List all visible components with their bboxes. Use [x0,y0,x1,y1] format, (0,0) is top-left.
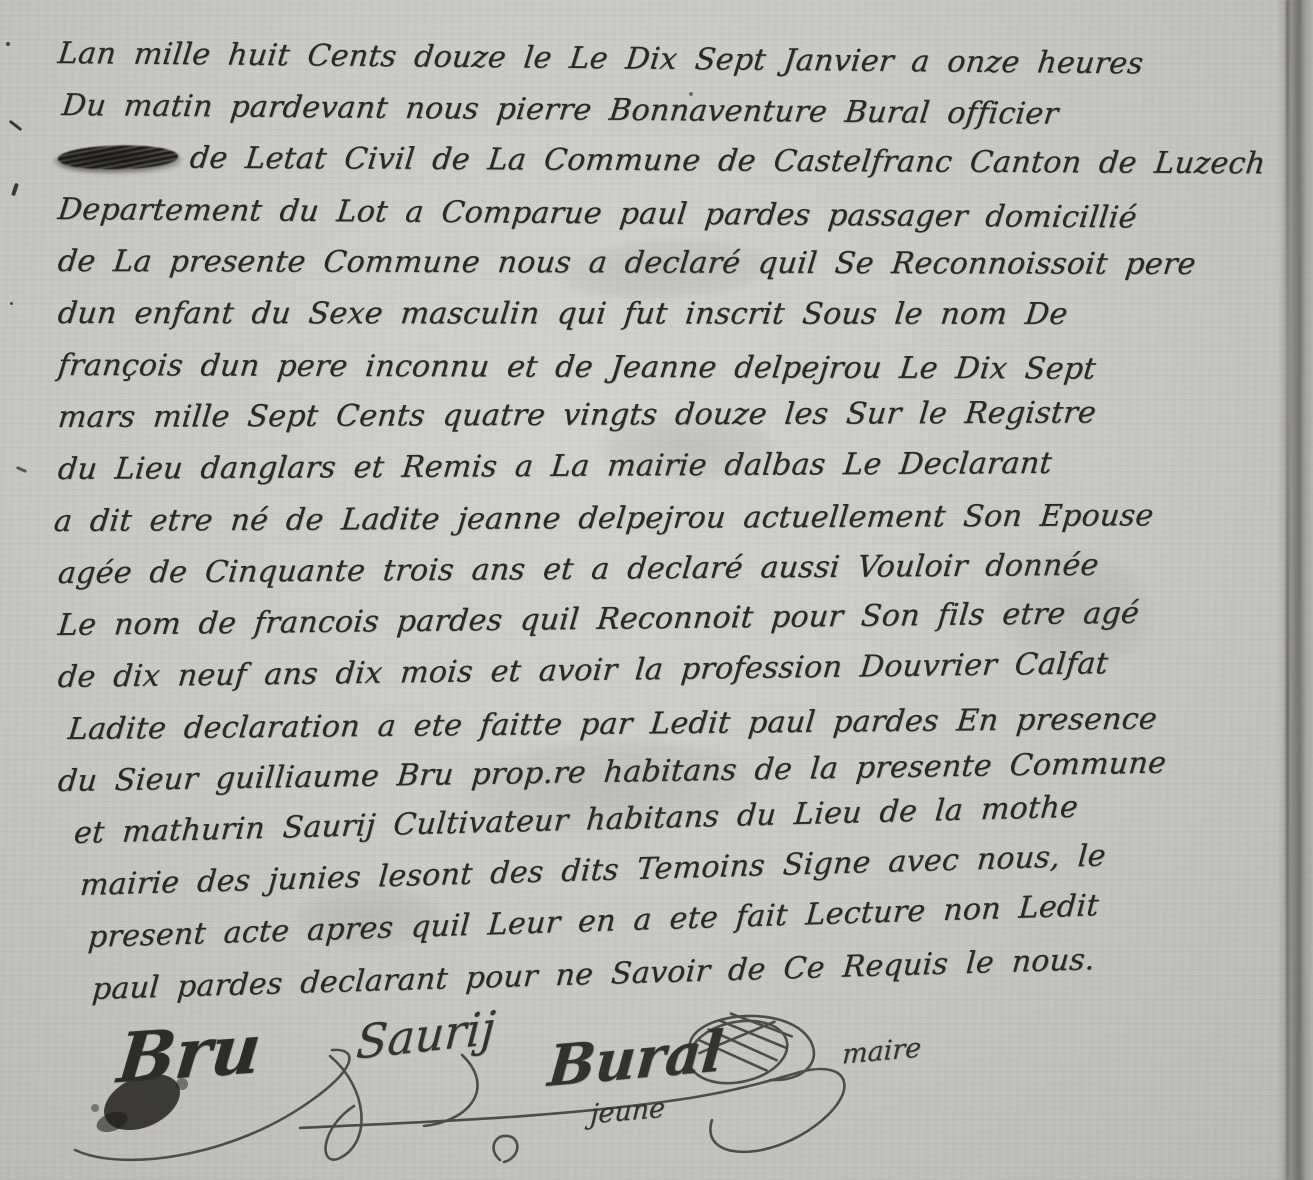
manuscript-line: mars mille Sept Cents quatre vingts douz… [55,387,1295,444]
manuscript-line-text: de Letat Civil de La Commune de Castelfr… [188,141,1267,182]
signature-block: Bru Saurij Bural maire jeune [0,1000,1313,1180]
signature-bru: Bru [114,1009,265,1100]
manuscript-text-block: Lan mille huit Cents douze le Le Dix Sep… [58,28,1293,1016]
margin-pen-tick [11,183,19,197]
scanned-register-page: Lan mille huit Cents douze le Le Dix Sep… [0,0,1313,1180]
manuscript-line: dun enfant du Sexe masculin qui fut insc… [55,288,1296,341]
manuscript-line: de La presente Commune nous a declaré qu… [55,236,1296,291]
page-fold-crease [1286,0,1289,1180]
page-binding-gutter [1277,0,1313,1180]
ink-speck [6,42,10,46]
manuscript-line: du Lieu danglars et Remis a La mairie da… [55,436,1295,496]
struck-out-word [57,143,179,172]
margin-pen-tick [9,120,23,132]
ink-speck [10,302,13,305]
manuscript-line: de Letat Civil de La Commune de Castelfr… [55,132,1296,190]
margin-pen-tick [16,466,27,473]
